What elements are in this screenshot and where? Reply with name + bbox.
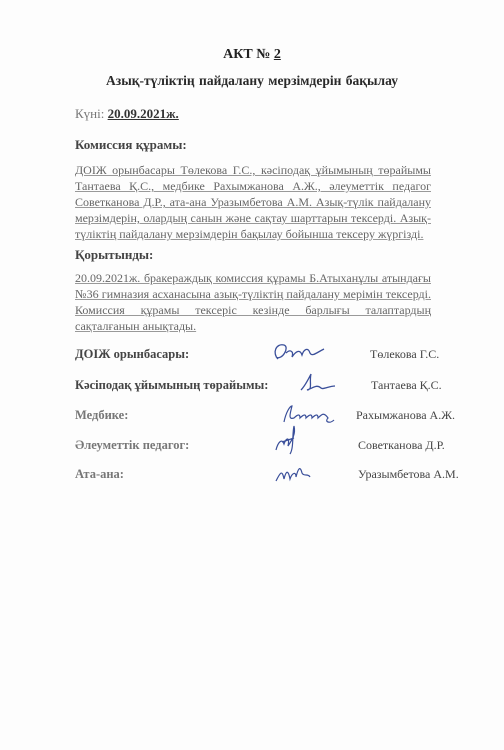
handwritten-signature-icon — [268, 339, 338, 367]
signatory-name: Тантаева Қ.С. — [371, 378, 442, 393]
commission-heading: Комиссия құрамы: — [75, 137, 187, 153]
signatory-name: Рахымжанова А.Ж. — [356, 408, 455, 423]
date-value: 20.09.2021ж. — [108, 106, 179, 121]
date-line: Күні: 20.09.2021ж. — [75, 106, 179, 122]
conclusion-heading: Қорытынды: — [75, 247, 153, 263]
signature-role: Ата-ана: — [75, 467, 124, 482]
document-title: АКТ № 2 — [0, 47, 504, 63]
signature-row: Медбике: Рахымжанова А.Ж. — [0, 408, 504, 430]
conclusion-text: 20.09.2021ж. бракераждық комиссия құрамы… — [75, 270, 431, 334]
title-number: 2 — [274, 47, 281, 62]
signatory-name: Уразымбетова А.М. — [358, 467, 459, 482]
signature-role: Әлеуметтік педагог: — [75, 438, 189, 453]
date-label: Күні: — [75, 106, 104, 121]
handwritten-signature-icon — [270, 459, 340, 487]
signature-role: Кәсіподақ ұйымының төрайымы: — [75, 378, 268, 393]
handwritten-signature-icon — [295, 370, 365, 398]
conclusion-text-content: 20.09.2021ж. бракераждық комиссия құрамы… — [75, 271, 431, 333]
signature-row: Ата-ана: Уразымбетова А.М. — [0, 467, 504, 489]
commission-text: ДОІЖ орынбасары Төлекова Г.С., кәсіподақ… — [75, 162, 431, 242]
signature-role: Медбике: — [75, 408, 128, 423]
signatory-name: Советканова Д.Р. — [358, 438, 445, 453]
signatory-name: Төлекова Г.С. — [370, 347, 439, 362]
signature-row: ДОІЖ орынбасары: Төлекова Г.С. — [0, 347, 504, 369]
commission-text-content: ДОІЖ орынбасары Төлекова Г.С., кәсіподақ… — [75, 163, 431, 241]
signature-row: Әлеуметтік педагог: Советканова Д.Р. — [0, 438, 504, 460]
title-prefix: АКТ № — [223, 47, 270, 62]
signature-role: ДОІЖ орынбасары: — [75, 347, 189, 362]
document-page: АКТ № 2 Азық-түліктің пайдалану мерзімде… — [0, 0, 504, 750]
document-subtitle: Азық-түліктің пайдалану мерзімдерін бақы… — [0, 73, 504, 89]
signature-row: Кәсіподақ ұйымының төрайымы: Тантаева Қ.… — [0, 378, 504, 400]
handwritten-signature-icon — [268, 424, 338, 458]
